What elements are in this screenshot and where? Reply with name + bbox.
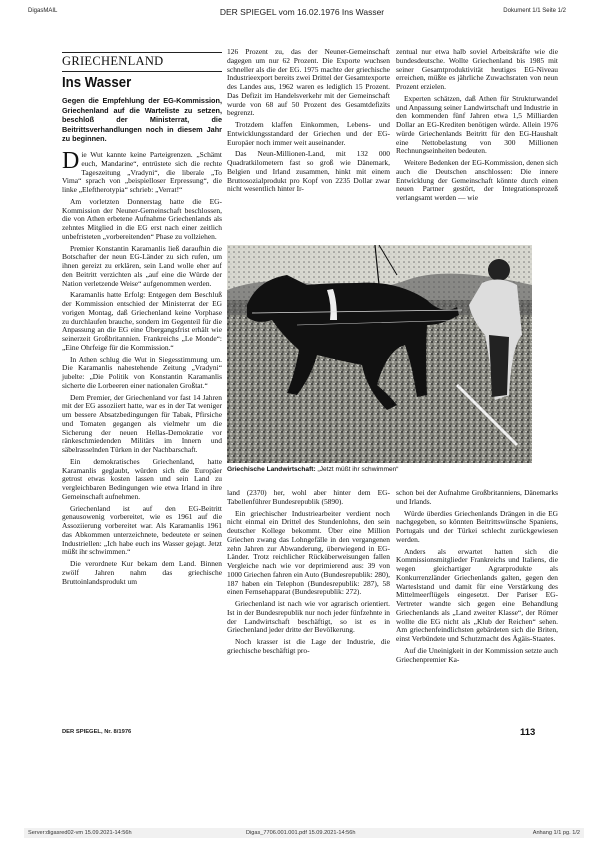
paragraph: Karamanlis hatte Erfolg: Entgegen dem Be…	[62, 291, 222, 352]
paragraph: schon bei der Aufnahme Großbritanniens, …	[396, 489, 558, 507]
article-column-3-top: zentual nur etwa halb soviel Arbeitskräf…	[396, 48, 558, 206]
photo-caption: Griechische Landwirtschaft: „Jetzt müßt …	[227, 466, 398, 473]
paragraph: Am vorletzten Donnerstag hatte die EG-Ko…	[62, 198, 222, 242]
article-column-3-bottom: schon bei der Aufnahme Großbritanniens, …	[396, 489, 558, 667]
paragraph: Premier Konstantin Karamanlis ließ darau…	[62, 245, 222, 289]
paragraph: Experten schätzen, daß Athen für Struktu…	[396, 95, 558, 156]
server-info: Server:digasred02-vm 15.09.2021-14:56h	[28, 830, 132, 836]
paragraph: Dem Premier, der Griechenland vor fast 1…	[62, 394, 222, 455]
article-column-2-top: 126 Prozent zu, das der Neuner-Gemeinsch…	[227, 48, 390, 197]
article-headline: Ins Wasser	[62, 74, 131, 91]
header-page-indicator: Dokument 1/1 Seite 1/2	[503, 8, 566, 14]
archive-status-bar: Server:digasred02-vm 15.09.2021-14:56h D…	[24, 828, 584, 838]
paragraph: Weitere Bedenken der EG-Kommission, dene…	[396, 159, 558, 203]
paragraph: Anders als erwartet hatten sich die Komm…	[396, 548, 558, 644]
paragraph: In Athen schlug die Wut in Siegesstimmun…	[62, 356, 222, 391]
drop-cap: D	[62, 152, 79, 171]
farmer-horse-photo-icon	[227, 245, 532, 463]
paragraph: Die verordnete Kur bekam dem Land. Binne…	[62, 560, 222, 586]
paragraph: land (2370) her, wohl aber hinter dem EG…	[227, 489, 390, 507]
article-lead: Gegen die Empfehlung der EG-Kommission, …	[62, 96, 222, 144]
article-column-2-bottom: land (2370) her, wohl aber hinter dem EG…	[227, 489, 390, 659]
paragraph: Das Neun-Millionen-Land, mit 132 000 Qua…	[227, 150, 390, 194]
paragraph: zentual nur etwa halb soviel Arbeitskräf…	[396, 48, 558, 92]
magazine-issue: DER SPIEGEL, Nr. 8/1976	[62, 729, 131, 735]
section-rule-bottom	[62, 71, 222, 72]
paragraph: Würde überdies Griechenlands Drängen in …	[396, 510, 558, 545]
page-number: 113	[520, 727, 535, 738]
paragraph: 126 Prozent zu, das der Neuner-Gemeinsch…	[227, 48, 390, 118]
paragraph: Ein griechischer Industriearbeiter verdi…	[227, 510, 390, 598]
paragraph: Noch krasser ist die Lage der Industrie,…	[227, 638, 390, 656]
file-info: Digas_7706.001.001.pdf 15.09.2021-14:56h	[246, 830, 355, 836]
section-rule-top	[62, 52, 222, 53]
paragraph: Die Wut kannte keine Parteigrenzen. „Sch…	[62, 151, 222, 195]
section-label: GRIECHENLAND	[62, 54, 164, 69]
paragraph: Auf die Uneinigkeit in der Kommission se…	[396, 647, 558, 665]
article-photo	[227, 245, 532, 463]
article-column-1: Die Wut kannte keine Parteigrenzen. „Sch…	[62, 151, 222, 589]
paragraph: Griechenland ist auf den EG-Beitritt gen…	[62, 505, 222, 558]
paragraph: Ein demokratisches Griechenland, hatte K…	[62, 458, 222, 502]
paragraph: Trotzdem klaffen Einkommen, Lebens- und …	[227, 121, 390, 147]
paragraph: Griechenland ist nach wie vor agrarisch …	[227, 600, 390, 635]
attachment-info: Anhang 1/1 pg. 1/2	[533, 830, 580, 836]
